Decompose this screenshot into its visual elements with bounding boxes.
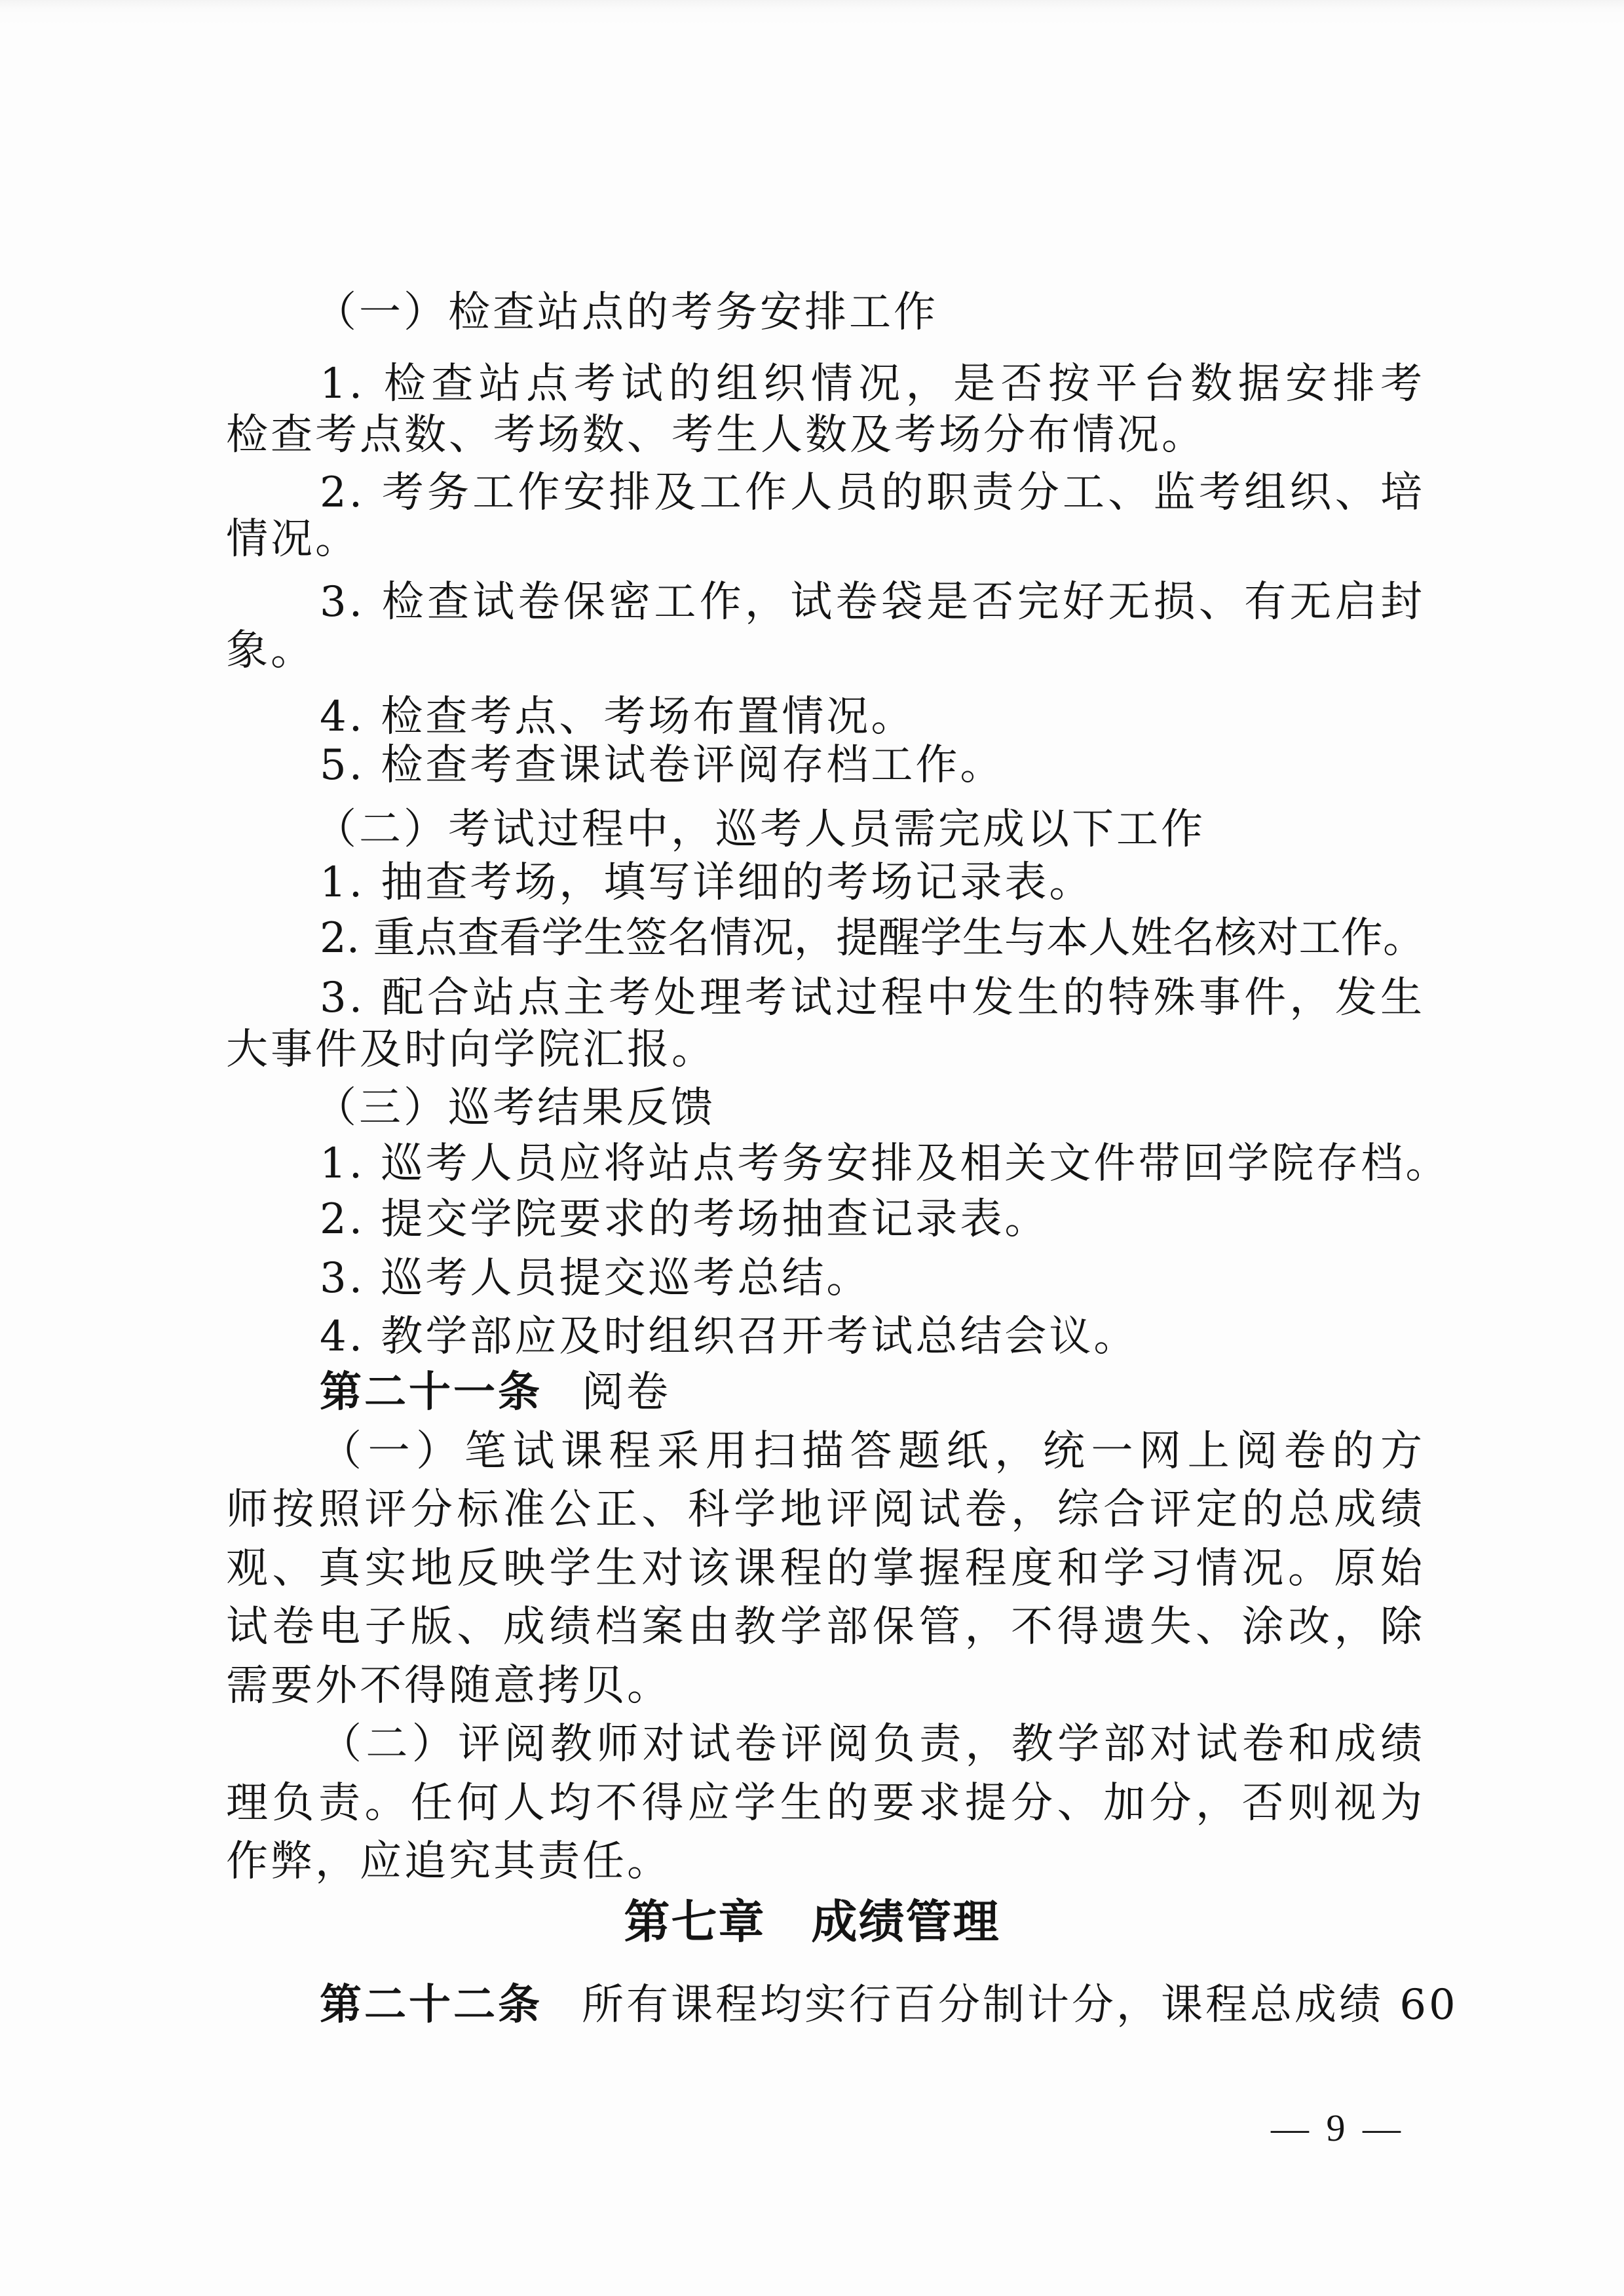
paragraph-line: 1. 巡考人员应将站点考务安排及相关文件带回学院存档。 <box>320 1134 1425 1193</box>
paragraph-line: 4. 教学部应及时组织召开考试总结会议。 <box>320 1307 1425 1366</box>
paragraph-line: 试卷电子版、成绩档案由教学部保管，不得遗失、涂改，除工作 <box>226 1598 1425 1656</box>
section-heading: （三）巡考结果反馈 <box>314 1079 1513 1138</box>
article-22-line: 第二十二条所有课程均实行百分制计分，课程总成绩 60 <box>320 1976 1425 2035</box>
paragraph-line: 检查考点数、考场数、考生人数及考场分布情况。 <box>226 406 1425 465</box>
paragraph-line: 3. 配合站点主考处理考试过程中发生的特殊事件，发生重 <box>320 968 1425 1027</box>
article-text: 所有课程均实行百分制计分，课程总成绩 60 <box>582 1981 1458 2029</box>
section-heading: （一）检查站点的考务安排工作 <box>314 283 1513 342</box>
paragraph-line: 3. 巡考人员提交巡考总结。 <box>320 1249 1425 1308</box>
article-title: 阅卷 <box>582 1368 671 1417</box>
article-21-heading: 第二十一条阅卷 <box>320 1363 1425 1422</box>
page-number: — 9 — <box>1271 2109 1405 2148</box>
paragraph-line: 2. 提交学院要求的考场抽查记录表。 <box>320 1190 1425 1249</box>
document-page: （一）检查站点的考务安排工作 1. 检查站点考试的组织情况，是否按平台数据安排考… <box>0 0 1624 2296</box>
paragraph-line: （二）评阅教师对试卷评阅负责，教学部对试卷和成绩的管 <box>320 1715 1425 1774</box>
paragraph-line: 作弊，应追究其责任。 <box>226 1832 1425 1891</box>
chapter-number: 第七章 <box>624 1895 766 1949</box>
paragraph-line: 象。 <box>226 621 1425 680</box>
paragraph-line: 5. 检查考查课试卷评阅存档工作。 <box>320 736 1425 795</box>
paragraph-line: 1. 检查站点考试的组织情况，是否按平台数据安排考试， <box>320 354 1425 413</box>
paragraph-line: 观、真实地反映学生对该课程的掌握程度和学习情况。原始扫描 <box>226 1539 1425 1598</box>
chapter-heading: 第七章成绩管理 <box>0 1892 1624 1951</box>
article-label: 第二十二条 <box>320 1981 542 2029</box>
paragraph-line: 理负责。任何人均不得应学生的要求提分、加分，否则视为协同 <box>226 1774 1425 1833</box>
paragraph-line: 2. 重点查看学生签名情况，提醒学生与本人姓名核对工作。 <box>320 909 1425 968</box>
paragraph-line: 需要外不得随意拷贝。 <box>226 1656 1425 1715</box>
paragraph-line: （一）笔试课程采用扫描答题纸，统一网上阅卷的方式，教 <box>320 1422 1425 1481</box>
paragraph-line: 情况。 <box>226 510 1425 569</box>
paragraph-line: 大事件及时向学院汇报。 <box>226 1020 1425 1079</box>
article-label: 第二十一条 <box>320 1368 542 1417</box>
chapter-title: 成绩管理 <box>812 1895 1000 1949</box>
paragraph-line: 师按照评分标准公正、科学地评阅试卷，综合评定的总成绩应客 <box>226 1480 1425 1539</box>
paragraph-line: 1. 抽查考场，填写详细的考场记录表。 <box>320 853 1425 912</box>
section-heading: （二）考试过程中，巡考人员需完成以下工作 <box>314 800 1513 859</box>
